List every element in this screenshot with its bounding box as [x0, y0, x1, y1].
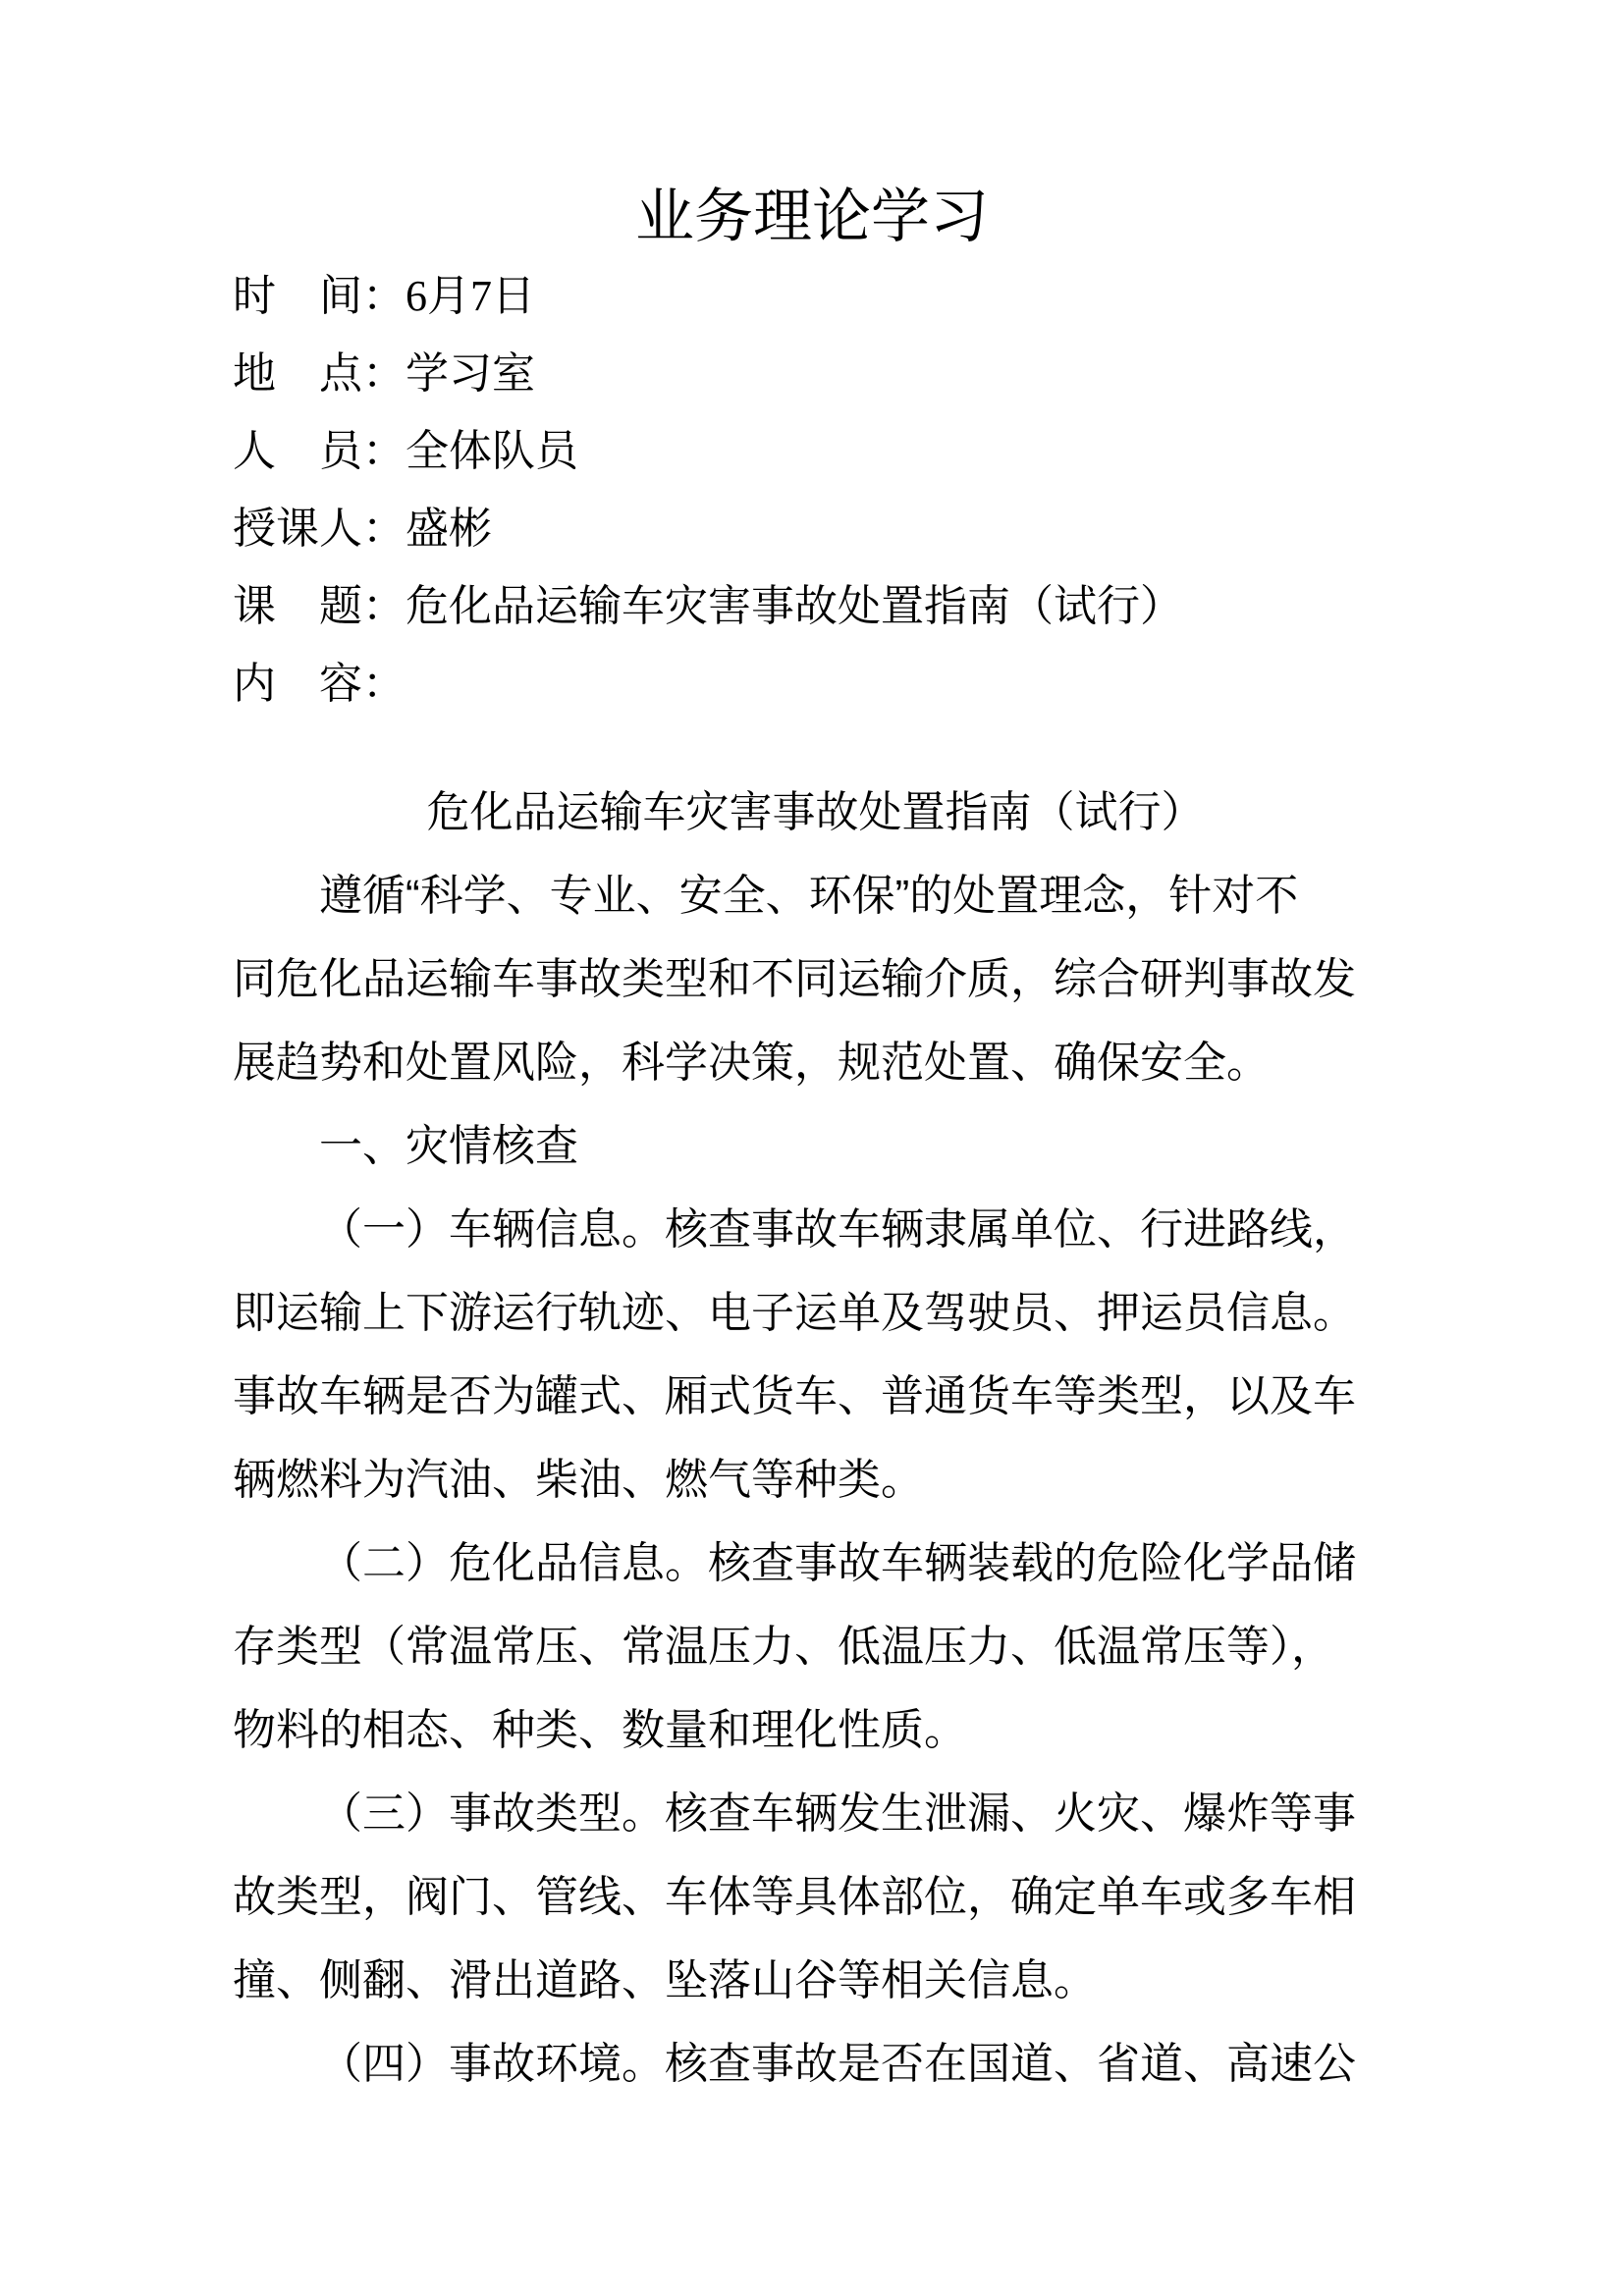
meta-row: 人 员：全体队员 [233, 412, 1398, 490]
body-line: 事故车辆是否为罐式、厢式货车、普通货车等类型，以及车 [233, 1355, 1398, 1438]
meta-label: 课 题 [233, 582, 362, 630]
meta-colon: ： [362, 349, 406, 398]
body-line: 展趋势和处置风险，科学决策，规范处置、确保安全。 [233, 1021, 1398, 1104]
body-block: 遵循“科学、专业、安全、环保”的处置理念，针对不同危化品运输车事故类型和不同运输… [233, 854, 1398, 2106]
body-line: （一）车辆信息。核查事故车辆隶属单位、行进路线， [233, 1188, 1398, 1271]
meta-row: 地 点：学习室 [233, 335, 1398, 412]
body-line: 物料的相态、种类、数量和理化性质。 [233, 1688, 1398, 1772]
document-title: 业务理论学习 [0, 180, 1624, 254]
meta-block: 时 间：6月7日地 点：学习室人 员：全体队员授课人：盛彬课 题：危化品运输车灾… [233, 257, 1398, 722]
body-line: （二）危化品信息。核查事故车辆装载的危险化学品储 [233, 1522, 1398, 1605]
meta-value: 学习室 [406, 349, 535, 398]
document-page: 业务理论学习 时 间：6月7日地 点：学习室人 员：全体队员授课人：盛彬课 题：… [0, 0, 1624, 2296]
body-line: 撞、侧翻、滑出道路、坠落山谷等相关信息。 [233, 1939, 1398, 2022]
meta-value: 6月7日 [406, 272, 535, 320]
meta-value: 全体队员 [406, 427, 578, 475]
body-line: 同危化品运输车事故类型和不同运输介质，综合研判事故发 [233, 937, 1398, 1021]
meta-colon: ： [362, 272, 406, 320]
meta-row: 内 容： [233, 645, 1398, 722]
body-line: 存类型（常温常压、常温压力、低温压力、低温常压等）， [233, 1605, 1398, 1688]
meta-value: 危化品运输车灾害事故处置指南（试行） [406, 582, 1183, 630]
body-line: （三）事故类型。核查车辆发生泄漏、火灾、爆炸等事 [233, 1772, 1398, 1855]
body-line: 故类型，阀门、管线、车体等具体部位，确定单车或多车相 [233, 1855, 1398, 1939]
body-line: 即运输上下游运行轨迹、电子运单及驾驶员、押运员信息。 [233, 1271, 1398, 1355]
meta-value: 盛彬 [406, 505, 492, 553]
meta-colon: ： [362, 505, 406, 553]
meta-label: 内 容 [233, 660, 362, 708]
body-line: （四）事故环境。核查事故是否在国道、省道、高速公 [233, 2022, 1398, 2106]
meta-label: 地 点 [233, 349, 362, 398]
body-line: 遵循“科学、专业、安全、环保”的处置理念，针对不 [233, 854, 1398, 937]
meta-colon: ： [362, 427, 406, 475]
meta-row: 授课人：盛彬 [233, 490, 1398, 567]
meta-label: 时 间 [233, 272, 362, 320]
body-line: 辆燃料为汽油、柴油、燃气等种类。 [233, 1438, 1398, 1522]
meta-colon: ： [362, 660, 406, 708]
body-line: 一、灾情核查 [233, 1104, 1398, 1188]
meta-row: 课 题：危化品运输车灾害事故处置指南（试行） [233, 567, 1398, 645]
meta-row: 时 间：6月7日 [233, 257, 1398, 335]
meta-colon: ： [362, 582, 406, 630]
meta-label: 授课人 [233, 505, 362, 553]
section-heading: 危化品运输车灾害事故处置指南（试行） [233, 771, 1398, 854]
meta-label: 人 员 [233, 427, 362, 475]
